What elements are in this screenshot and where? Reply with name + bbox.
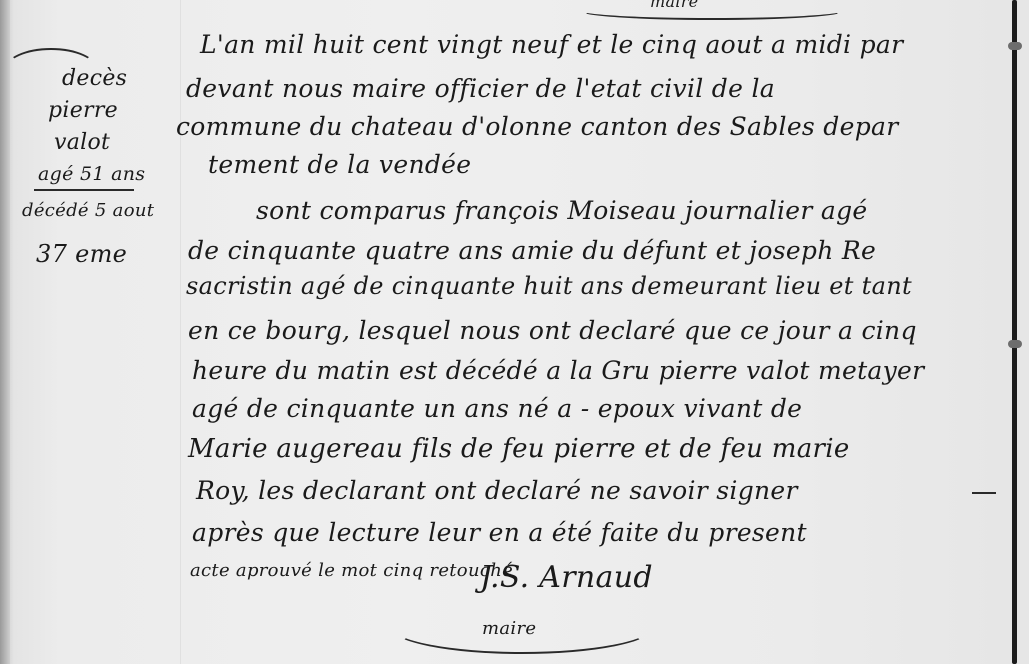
body-line: sont comparus françois Moiseau journalie… [256, 196, 867, 225]
body-line: en ce bourg, lesquel nous ont declaré qu… [188, 316, 917, 345]
binding-shadow [0, 0, 10, 664]
line-end-dash [972, 492, 996, 494]
body-line: de cinquante quatre ans amie du défunt e… [188, 236, 876, 265]
body-line: agé de cinquante un ans né a - epoux viv… [192, 394, 802, 423]
top-flourish [580, 2, 844, 20]
binding-thread [1008, 42, 1022, 50]
margin-note-line: décédé 5 aout [22, 200, 154, 221]
body-line: après que lecture leur en a été faite du… [192, 518, 807, 547]
body-line: heure du matin est décédé a la Gru pierr… [192, 356, 924, 385]
signature-name: J.S. Arnaud [480, 560, 653, 595]
body-line: sacristin agé de cinquante huit ans deme… [186, 272, 912, 300]
binding-thread [1008, 340, 1022, 348]
margin-note-line: pierre [48, 98, 118, 123]
body-line: Marie augereau fils de feu pierre et de … [188, 434, 850, 464]
margin-note-line: valot [54, 130, 110, 155]
body-line: commune du chateau d'olonne canton des S… [176, 112, 898, 141]
page-edge-rule [1012, 0, 1017, 664]
margin-note-line: decès [62, 66, 127, 91]
margin-underline [34, 189, 134, 191]
body-line: devant nous maire officier de l'etat civ… [186, 74, 775, 103]
margin-note-line: agé 51 ans [38, 163, 145, 185]
margin-fold-line [180, 0, 181, 664]
margin-note-line: 37 eme [36, 240, 127, 268]
signature-title: maire [482, 618, 536, 639]
body-line: Roy, les declarant ont declaré ne savoir… [196, 476, 798, 505]
scanned-document-page: maire decès pierre valot agé 51 ans décé… [0, 0, 1029, 664]
body-line: tement de la vendée [208, 150, 471, 179]
body-line: acte aprouvé le mot cinq retouché [190, 560, 513, 581]
body-line: L'an mil huit cent vingt neuf et le cinq… [200, 30, 903, 59]
